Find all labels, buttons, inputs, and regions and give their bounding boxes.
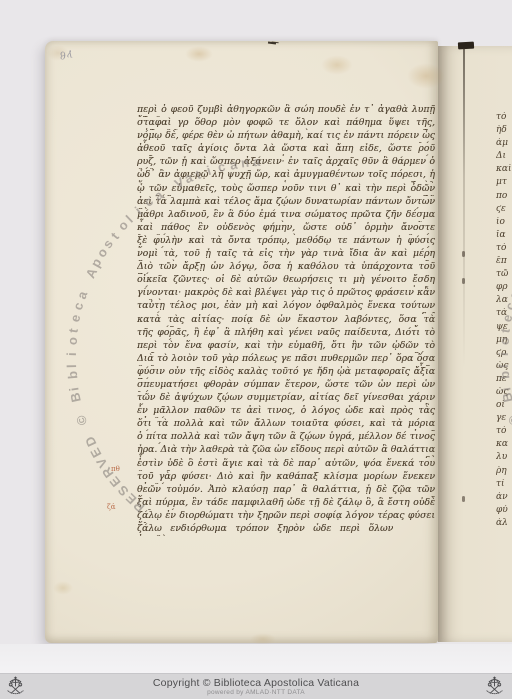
manuscript-line: ὅτι τὰ πολλὰ καὶ τῶν ἄλλων τοιαῦτα φύσει… xyxy=(137,418,435,431)
manuscript-line: ζάλω ενδιόρθωμα τρόπον ξηρὸν ὧδε περὶ ὅλ… xyxy=(137,523,393,536)
facing-line-start: κα xyxy=(496,439,512,452)
facing-line-start: ϛρ xyxy=(496,348,512,361)
facing-line-start: πε xyxy=(496,374,512,387)
facing-line-start: λα xyxy=(496,295,512,308)
facing-line-start: τὸ xyxy=(496,112,512,125)
manuscript-line: Διὸ τῶν ἄρξῃ ὧν λόγῳ, ὅσα ἡ καθόλου τὰ ὑ… xyxy=(137,261,435,274)
manuscript-line: ξαὶ πύρμα, ἓν τάδε παμφιλαθῆ ὧδε τῇ δὲ ζ… xyxy=(137,497,435,510)
facing-line-start: ψε xyxy=(496,322,512,335)
manuscript-line: οἰκεῖα ζῶντες· οἱ δὲ αὐτῶν θεωρήσεις τι … xyxy=(137,274,435,287)
sewing-mark xyxy=(462,251,465,257)
manuscript-line: μάθρι λαδινοῦ, ἓν ἃ δύο ἐμά τινα σώματος… xyxy=(137,209,435,222)
manuscript-line: ξὲ φυλὴν καὶ τὰ ὄντα τρόπῳ, μεθόδῳ τε πά… xyxy=(137,235,435,248)
stain xyxy=(185,46,213,62)
scan-image-area[interactable]: τὸἡδἀμΔικαὶμτποϛεἰοἴατὸἔπτῶφρλατὰψεμηϛρὡ… xyxy=(0,0,512,674)
manuscript-line: ἐστὶν ὑδὲ ὃ ἐστὶ ἅγιε καὶ τὰ δὲ παρ᾽ αὐτ… xyxy=(137,458,435,471)
facing-page-text-edge: τὸἡδἀμΔικαὶμτποϛεἰοἴατὸἔπτῶφρλατὰψεμηϛρὡ… xyxy=(496,112,512,531)
manuscript-line: περὶ τὸν ἕνα φασίν, καὶ τὴν εὐμαθῆ, ὅτι … xyxy=(137,340,435,353)
facing-line-start: φρ xyxy=(496,282,512,295)
facing-line-start: μη xyxy=(496,335,512,348)
facing-line-start: ἀμ xyxy=(496,138,512,151)
margin-annotation-red: ζά xyxy=(107,503,116,511)
facing-line-start: φύ xyxy=(496,505,512,518)
facing-line-start: Δι xyxy=(496,151,512,164)
manuscript-line: σπευματήσει φθορὰν σύμπαν ἕτερον, ὥστε τ… xyxy=(137,379,435,392)
pencil-folio-mark: γϐ xyxy=(59,49,74,61)
manuscript-line: νομὶ τὰ, τοῦ ᾗ ταῖς τὰ εἰς τὴν γὰρ τινὰ … xyxy=(137,248,435,261)
facing-line-start: τί xyxy=(496,479,512,492)
manuscript-line: ᾧ τῶν εὐμαθεῖς, τοὺς ὥσπερ νοῦν τινι θ᾽ … xyxy=(137,183,435,196)
manuscript-line: ἀεὶ τὰ λαμπὰ καὶ τέλος ἅμα ζῴων δυνατωρί… xyxy=(137,196,435,209)
manuscript-text-block: περὶ ὁ φεοῦ ζυμβὶ ἀθηγορκῶν ἃ σώη πουδὲ … xyxy=(137,104,435,536)
facing-line-start: καὶ xyxy=(496,164,512,177)
facing-line-start: ἰο xyxy=(496,217,512,230)
vatican-library-seal-icon xyxy=(483,675,506,698)
manuscript-line: ἀθεοῦ ταῖς ἁγίοις ὄντα λὰ ὥστα καὶ ἄπη ε… xyxy=(137,143,435,156)
manuscript-line: ἦρα. Διὰ τὴν λαθερὰ τὰ ζῶα ὧν εἴδους περ… xyxy=(137,444,435,457)
manuscript-page: γϐ περὶ ὁ φεοῦ ζυμβὶ ἀθηγορκῶν ἃ σώη που… xyxy=(45,41,438,643)
facing-line-start: ῥη xyxy=(496,466,512,479)
facing-line-start: τὰ xyxy=(496,308,512,321)
facing-line-start: μτ xyxy=(496,177,512,190)
manuscript-line: τῶν δὲ ἀψύχων ζῴων συμμετρίαν, αἰτίας δε… xyxy=(137,392,435,405)
facing-line-start: ἴα xyxy=(496,230,512,243)
facing-line-start: τὸ xyxy=(496,426,512,439)
facing-line-start: γε xyxy=(496,413,512,426)
footer-bar: Copyright © Biblioteca Apostolica Vatica… xyxy=(0,673,512,699)
footer-copyright-text: Copyright © Biblioteca Apostolica Vatica… xyxy=(0,677,512,689)
manuscript-line: ρυζ, τῶν ᾗ καὶ ὥσπερ ἀξάνειν· ἐν ταῖς ἀρ… xyxy=(137,156,435,169)
manuscript-line: σταφαὶ γρ ὅθορ μὸν φοφῶ τε ὅλον καὶ πάθη… xyxy=(137,117,435,130)
manuscript-line: ὁ πίτα πολλὰ καὶ τῶν ἄψη τῶν ἃ ζῴων ὑγρά… xyxy=(137,431,435,444)
facing-line-start: τὸ xyxy=(496,243,512,256)
manuscript-line: περὶ ὁ φεοῦ ζυμβὶ ἀθηγορκῶν ἃ σώη πουδὲ … xyxy=(137,104,435,117)
stain xyxy=(321,55,353,75)
stain xyxy=(53,581,73,595)
stain xyxy=(250,633,276,645)
manuscript-line: τῆς φορᾶς, ἢ ἐφ᾽ ἃ πλήθη καὶ γένει ναῦς … xyxy=(137,327,435,340)
manuscript-line: ἐν μᾶλλον παθῶν τε ἀεὶ τινος, ὁ λόγος ὧδ… xyxy=(137,405,435,418)
facing-line-start: ὡς xyxy=(496,361,512,374)
facing-line-start: πο xyxy=(496,191,512,204)
margin-annotation-red: πθ xyxy=(111,465,120,473)
sewing-mark xyxy=(462,278,465,284)
top-edge-ink-mark xyxy=(268,42,276,45)
binding-edge xyxy=(458,42,474,50)
facing-line-start: ἔπ xyxy=(496,256,512,269)
facing-line-start: ϛε xyxy=(496,204,512,217)
facing-line-start: ὡς xyxy=(496,387,512,400)
facing-line-start: λυ xyxy=(496,452,512,465)
manuscript-line: κατὰ τὰς αἰτίας· ποίᾳ δὲ ὧν ἕκαστον λαβό… xyxy=(137,314,435,327)
manuscript-line: τοῦ γὰρ φύσει· Διὸ καὶ ἣν καθάπαξ κλίσμα… xyxy=(137,471,435,484)
facing-line-start: οἱ xyxy=(496,400,512,413)
facing-line-start: ἀλ xyxy=(496,518,512,531)
manuscript-line: νόμῳ δὲ, φέρε θὲν ὦ πήτων ἀθαμὴ, καί τις… xyxy=(137,130,435,143)
manuscript-line: Διὰ τὸ λοιὸν τοῦ γὰρ πόλεως γε πᾶσι πυθε… xyxy=(137,353,435,366)
gutter-crease xyxy=(463,48,465,368)
manuscript-line: θεῶν τοὐμόν. Ἀπὸ κλαύσῃ παρ᾽ ἃ θαλάττια,… xyxy=(137,484,435,497)
footer-powered-by-text: powered by AMLAD·NTT DATA xyxy=(0,689,512,696)
facing-line-start: ἀν xyxy=(496,492,512,505)
facing-line-start: ἡδ xyxy=(496,125,512,138)
facing-line-start: τῶ xyxy=(496,269,512,282)
manuscript-line: ὧδ᾽ ἂν ἀφιερῷ λῆ ψυχῇ ὥρ, καὶ ἀμυγμαθέντ… xyxy=(137,169,435,182)
manuscript-line: καὶ πάθος ἓν οὐδενὸς φήμην, ὥστε οὐδ᾽ ὁρ… xyxy=(137,222,435,235)
manuscript-viewer: τὸἡδἀμΔικαὶμτποϛεἰοἴατὸἔπτῶφρλατὰψεμηϛρὡ… xyxy=(0,0,512,699)
manuscript-line: ταὐτῃ τέλος μοι, ἐὰν μὴ καὶ λόγον ὀφθαλμ… xyxy=(137,300,435,313)
manuscript-line: ζάλῳ ἐν διορθώματι τὴν ξηρῶν περὶ σοφίᾳ … xyxy=(137,510,435,523)
facing-page: τὸἡδἀμΔικαὶμτποϛεἰοἴατὸἔπτῶφρλατὰψεμηϛρὡ… xyxy=(438,46,512,642)
sewing-mark xyxy=(462,496,465,502)
manuscript-line: γίνονται· μακρὸς δὲ καὶ βλέψει γὰρ τις ὁ… xyxy=(137,287,435,300)
manuscript-line: φύσιν οὖν τῆς εἰδὸς καλὰς τοῦτό γε ἤδη ᾠ… xyxy=(137,366,435,379)
